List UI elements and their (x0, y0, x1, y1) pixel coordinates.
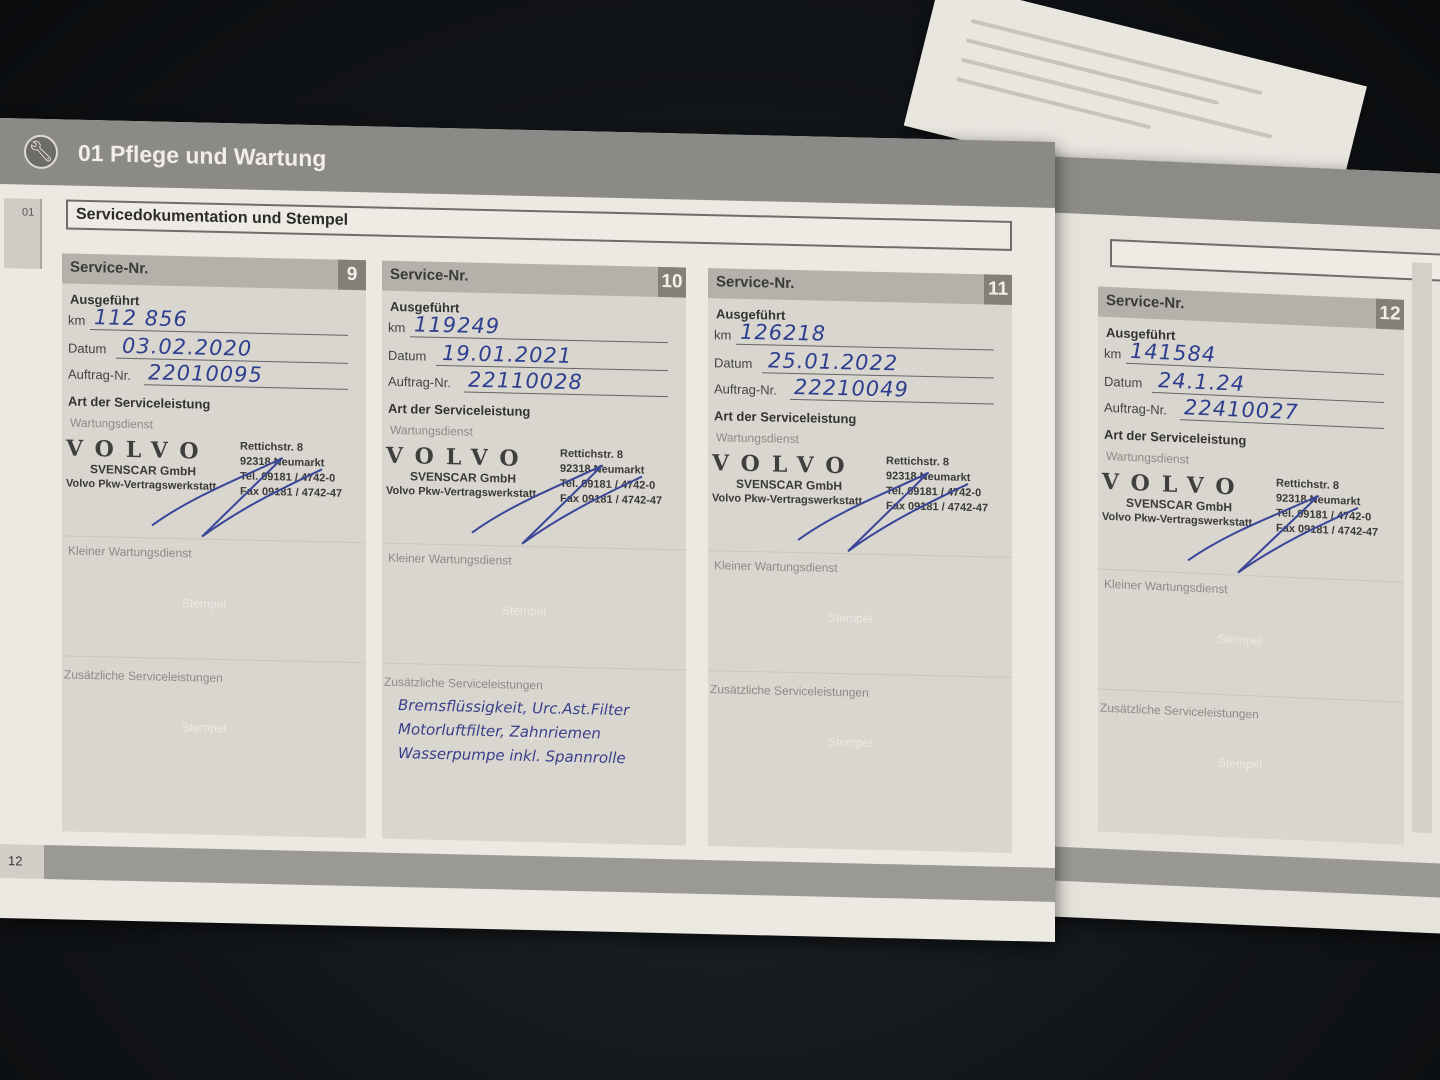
service-number: 10 (658, 267, 686, 298)
dealer-subtitle: Volvo Pkw-Vertragswerkstatt (712, 492, 862, 507)
kleiner-wartungsdienst-label: Kleiner Wartungsdienst (388, 551, 512, 568)
zusaetzliche-label: Zusätzliche Serviceleistungen (384, 675, 543, 693)
additional-services-notes (1114, 719, 1404, 732)
service-nr-label: Service-Nr. (390, 266, 468, 285)
card-header: Service-Nr. 11 (708, 268, 1012, 305)
zusaetzliche-label: Zusätzliche Serviceleistungen (64, 667, 223, 685)
dealer-name: SVENSCAR GmbH (90, 462, 196, 478)
service-card-9: Service-Nr. 9 Ausgeführt km 112 856 Datu… (62, 253, 366, 838)
stempel-placeholder: Stempel (1218, 756, 1262, 772)
additional-services-notes (78, 686, 368, 693)
section-title: Servicedokumentation und Stempel (76, 206, 348, 230)
card-header: Service-Nr. 10 (382, 261, 686, 298)
footer-band (44, 845, 1055, 902)
datum-label: Datum (68, 341, 106, 357)
auftrag-value: 22010095 (148, 360, 263, 387)
section-title-box: Servicedokumentation und Stempel (66, 199, 1012, 250)
volvo-logo: VOLVO (386, 443, 531, 472)
dealer-address: Rettichstr. 8 92318 Neumarkt Tel. 09181 … (560, 447, 662, 509)
section-title-box (1110, 239, 1440, 283)
auftrag-value: 22110028 (468, 368, 583, 395)
stempel-placeholder: Stempel (502, 603, 546, 618)
right-page: Service-Nr. 12 Ausgeführt km 141584 Datu… (1040, 156, 1440, 934)
volvo-logo: VOLVO (712, 450, 857, 479)
chapter-title: 01 Pflege und Wartung (78, 140, 326, 173)
datum-field: Datum 03.02.2020 (68, 334, 348, 364)
stempel-placeholder: Stempel (828, 735, 872, 750)
km-label: km (68, 313, 85, 328)
service-number: 11 (984, 274, 1012, 305)
side-tab-label: 01 (22, 206, 34, 218)
service-number: 12 (1376, 299, 1404, 330)
stempel-placeholder: Stempel (182, 720, 226, 735)
datum-value: 25.01.2022 (768, 348, 898, 375)
kleiner-wartungsdienst-label: Kleiner Wartungsdienst (714, 558, 838, 575)
km-label: km (1104, 346, 1121, 362)
dealer-stamp: VOLVO SVENSCAR GmbH Volvo Pkw-Vertragswe… (1102, 469, 1394, 552)
chapter-side-tab: 01 (4, 198, 42, 269)
next-card-edge (1412, 262, 1432, 833)
art-label: Art der Serviceleistung (1104, 427, 1246, 448)
km-value: 126218 (740, 320, 826, 346)
dealer-subtitle: Volvo Pkw-Vertragswerkstatt (66, 477, 216, 492)
wartungsdienst-label: Wartungsdienst (1106, 449, 1189, 467)
service-nr-label: Service-Nr. (70, 259, 148, 278)
auftrag-label: Auftrag-Nr. (68, 367, 131, 383)
service-card-11: Service-Nr. 11 Ausgeführt km 126218 Datu… (708, 268, 1012, 853)
stempel-placeholder: Stempel (828, 611, 872, 626)
km-value: 119249 (414, 312, 500, 338)
dealer-stamp: VOLVO SVENSCAR GmbH Volvo Pkw-Vertragswe… (712, 450, 1004, 527)
km-label: km (388, 320, 405, 335)
auftrag-label: Auftrag-Nr. (1104, 400, 1167, 418)
datum-value: 19.01.2021 (442, 341, 572, 368)
stempel-placeholder: Stempel (182, 596, 226, 611)
datum-value: 24.1.24 (1158, 368, 1245, 396)
stempel-placeholder: Stempel (1218, 632, 1262, 648)
datum-label: Datum (714, 355, 752, 371)
wartungsdienst-label: Wartungsdienst (70, 416, 153, 432)
page-number: 12 (0, 844, 44, 879)
header-band: 🔧︎ 01 Pflege und Wartung (0, 118, 1055, 208)
auftrag-field: Auftrag-Nr. 22110028 (388, 367, 668, 397)
datum-label: Datum (388, 348, 426, 364)
additional-services-notes (724, 700, 1014, 707)
wartungsdienst-label: Wartungsdienst (716, 430, 799, 446)
art-label: Art der Serviceleistung (714, 408, 856, 426)
auftrag-value: 22410027 (1184, 395, 1299, 424)
kleiner-wartungsdienst-label: Kleiner Wartungsdienst (68, 544, 192, 561)
card-header: Service-Nr. 12 (1098, 287, 1404, 330)
footer-band (1040, 846, 1440, 898)
auftrag-field: Auftrag-Nr. 22010095 (68, 360, 348, 390)
auftrag-value: 22210049 (794, 375, 909, 402)
left-page: 🔧︎ 01 Pflege und Wartung 01 Servicedokum… (0, 118, 1055, 942)
km-label: km (714, 327, 731, 342)
auftrag-label: Auftrag-Nr. (714, 381, 777, 397)
auftrag-label: Auftrag-Nr. (388, 374, 451, 390)
service-nr-label: Service-Nr. (716, 273, 794, 292)
service-booklet: Service-Nr. 12 Ausgeführt km 141584 Datu… (0, 118, 1440, 918)
dealer-name: SVENSCAR GmbH (736, 477, 842, 493)
dealer-stamp: VOLVO SVENSCAR GmbH Volvo Pkw-Vertragswe… (386, 443, 678, 520)
dealer-subtitle: Volvo Pkw-Vertragswerkstatt (386, 485, 536, 500)
dealer-stamp: VOLVO SVENSCAR GmbH Volvo Pkw-Vertragswe… (66, 435, 358, 512)
service-nr-label: Service-Nr. (1106, 292, 1184, 312)
service-number: 9 (338, 260, 366, 291)
km-field: km 119249 (388, 313, 668, 343)
wrench-icon: 🔧︎ (24, 135, 58, 170)
kleiner-wartungsdienst-label: Kleiner Wartungsdienst (1104, 577, 1228, 596)
km-field: km 112 856 (68, 306, 348, 336)
dealer-address: Rettichstr. 8 92318 Neumarkt Tel. 09181 … (240, 439, 342, 501)
km-value: 141584 (1130, 339, 1216, 367)
datum-field: Datum 25.01.2022 (714, 348, 994, 378)
service-card-12: Service-Nr. 12 Ausgeführt km 141584 Datu… (1098, 287, 1404, 845)
art-label: Art der Serviceleistung (68, 394, 210, 412)
dealer-address: Rettichstr. 8 92318 Neumarkt Tel. 09181 … (1276, 476, 1378, 540)
card-header: Service-Nr. 9 (62, 253, 366, 290)
volvo-logo: VOLVO (1102, 469, 1247, 501)
km-value: 112 856 (94, 305, 188, 331)
volvo-logo: VOLVO (66, 435, 211, 464)
dealer-name: SVENSCAR GmbH (410, 469, 516, 485)
datum-field: Datum 19.01.2021 (388, 341, 668, 371)
zusaetzliche-label: Zusätzliche Serviceleistungen (710, 682, 869, 700)
additional-services-notes: Bremsflüssigkeit, Urc.Ast.FilterMotorluf… (398, 693, 688, 772)
art-label: Art der Serviceleistung (388, 401, 530, 419)
dealer-address: Rettichstr. 8 92318 Neumarkt Tel. 09181 … (886, 454, 988, 516)
km-field: km 126218 (714, 320, 994, 350)
datum-label: Datum (1104, 374, 1142, 391)
wartungsdienst-label: Wartungsdienst (390, 423, 473, 439)
zusaetzliche-label: Zusätzliche Serviceleistungen (1100, 701, 1259, 722)
header-band (1040, 156, 1440, 230)
auftrag-field: Auftrag-Nr. 22210049 (714, 374, 994, 404)
datum-value: 03.02.2020 (122, 334, 252, 361)
service-card-10: Service-Nr. 10 Ausgeführt km 119249 Datu… (382, 261, 686, 846)
